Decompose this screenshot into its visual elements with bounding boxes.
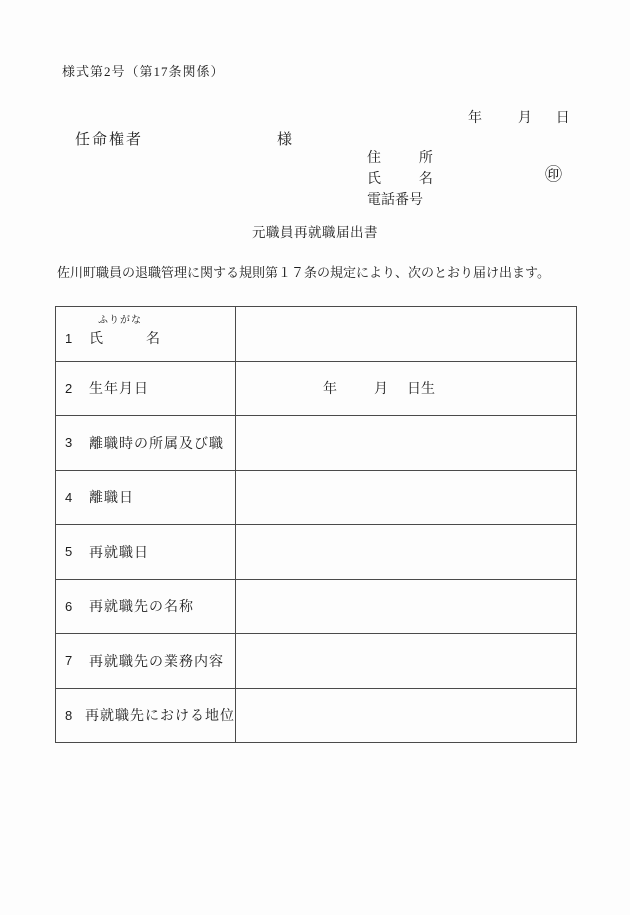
birth-day-label: 日生 [407, 378, 435, 398]
value-cell-birthdate[interactable]: 年 月 日生 [236, 362, 576, 416]
row-label: 生年月日 [89, 378, 149, 398]
row-number: 5 [65, 544, 89, 559]
table-row-name: ふりがな 1氏名 [56, 307, 576, 362]
label-cell-position-at-employer: 8再就職先における地位 [56, 689, 236, 743]
sender-name-line: 氏 名 [367, 168, 433, 189]
label-cell-position-at-separation: 3離職時の所属及び職 [56, 416, 236, 470]
label-cell-reemployment-date: 5再就職日 [56, 525, 236, 579]
row-number: 4 [65, 490, 89, 505]
table-row-reemployment-date: 5再就職日 [56, 525, 576, 580]
seal-mark-icon: ㊞ [545, 166, 562, 183]
label-cell-birthdate: 2生年月日 [56, 362, 236, 416]
table-row-position-at-employer: 8再就職先における地位 [56, 689, 576, 743]
date-month-label: 月 [518, 109, 532, 125]
value-cell-position-at-employer[interactable] [236, 689, 576, 743]
row-label: 再就職日 [89, 542, 149, 562]
sender-phone-line: 電話番号 [367, 189, 433, 210]
birth-month-label: 月 [374, 378, 388, 398]
table-row-birthdate: 2生年月日 年 月 日生 [56, 362, 576, 417]
addressee-title: 任命権者 [75, 131, 143, 148]
address-label-left: 住 [367, 149, 381, 165]
label-cell-separation-date: 4離職日 [56, 471, 236, 525]
label-cell-name: ふりがな 1氏名 [56, 307, 236, 361]
row-label: 離職日 [89, 487, 134, 507]
row-number: 3 [65, 435, 89, 450]
date-line: 年 月 日 [468, 107, 570, 127]
date-day-label: 日 [556, 109, 570, 125]
table-row-position-at-separation: 3離職時の所属及び職 [56, 416, 576, 471]
addressee-honorific: 様 [277, 128, 292, 149]
sender-block: 住 所 氏 名 電話番号 ㊞ [367, 147, 433, 210]
value-cell-employer-name[interactable] [236, 580, 576, 634]
value-cell-name[interactable] [236, 307, 576, 361]
address-label-right: 所 [419, 149, 433, 165]
row-number: 6 [65, 599, 89, 614]
body-text: 佐川町職員の退職管理に関する規則第１７条の規定により、次のとおり届け出ます。 [57, 262, 550, 281]
birth-year-label: 年 [323, 378, 337, 398]
row-label: 再就職先における地位 [85, 705, 235, 725]
value-cell-separation-date[interactable] [236, 471, 576, 525]
value-cell-position-at-separation[interactable] [236, 416, 576, 470]
label-cell-employer-business: 7再就職先の業務内容 [56, 634, 236, 688]
row-label: 離職時の所属及び職 [89, 433, 224, 453]
name-label-right: 名 [419, 170, 433, 186]
name-label-line: 1氏名 [65, 328, 235, 348]
date-year-label: 年 [468, 109, 482, 125]
table-row-separation-date: 4離職日 [56, 471, 576, 526]
row-label: 再就職先の業務内容 [89, 651, 224, 671]
row-number: 2 [65, 381, 89, 396]
row-label-right: 名 [146, 330, 161, 346]
table-row-employer-business: 7再就職先の業務内容 [56, 634, 576, 689]
table-row-employer-name: 6再就職先の名称 [56, 580, 576, 635]
form-number: 様式第2号（第17条関係） [62, 61, 225, 80]
document-title: 元職員再就職届出書 [0, 221, 630, 241]
row-label: 再就職先の名称 [89, 596, 194, 616]
name-label-left: 氏 [367, 170, 381, 186]
row-number: 1 [65, 331, 89, 346]
sender-address-line: 住 所 [367, 147, 433, 168]
addressee-line: 任命権者 様 [75, 128, 143, 149]
form-table: ふりがな 1氏名 2生年月日 年 月 日生 3離職時の所属及び職 [55, 306, 577, 743]
label-cell-employer-name: 6再就職先の名称 [56, 580, 236, 634]
value-cell-employer-business[interactable] [236, 634, 576, 688]
phone-label: 電話番号 [367, 191, 423, 207]
row-number: 8 [65, 708, 85, 723]
row-number: 7 [65, 653, 89, 668]
value-cell-reemployment-date[interactable] [236, 525, 576, 579]
document-page: 様式第2号（第17条関係） 年 月 日 任命権者 様 住 所 氏 名 電話番号 … [0, 0, 630, 915]
furigana-label: ふりがな [98, 311, 235, 326]
row-label-left: 氏 [89, 330, 104, 346]
